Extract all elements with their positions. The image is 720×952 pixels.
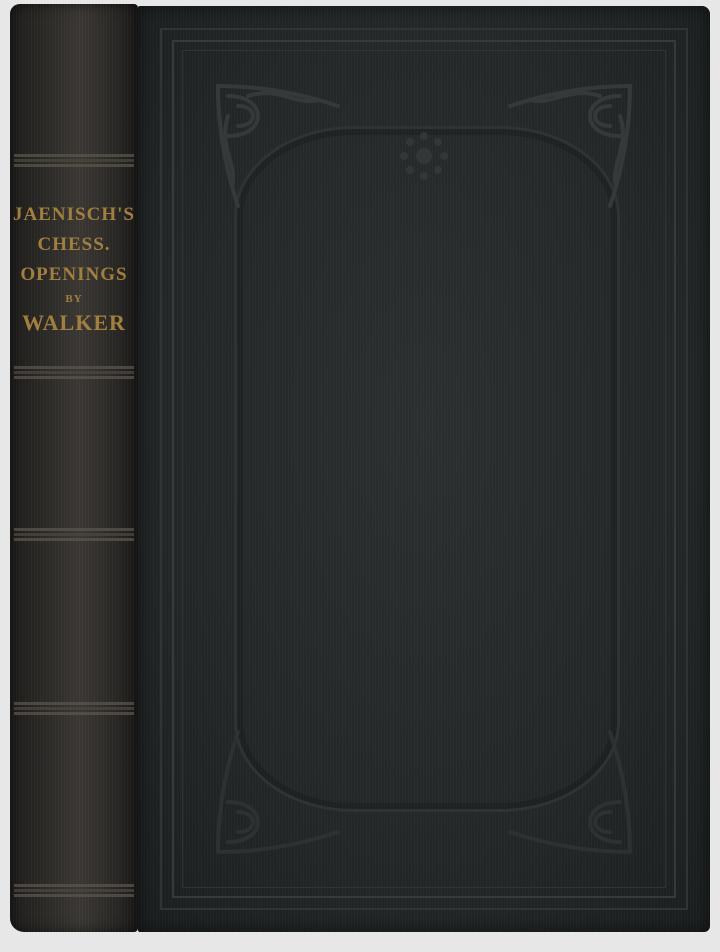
corner-ornament-icon [500,722,640,862]
rosette-ornament-icon [394,126,454,186]
spine-band [14,528,134,531]
book-spine: JAENISCH'S CHESS. OPENINGS BY WALKER [10,4,138,932]
spine-title-line: CHESS. [10,230,138,260]
spine-author: WALKER [10,308,138,338]
front-cover [138,6,710,932]
corner-ornament-icon [208,76,348,216]
spine-title-line: OPENINGS [10,260,138,290]
spine-band [14,884,134,887]
cover-cartouche [234,126,620,812]
corner-ornament-icon [500,76,640,216]
spine-title-line: JAENISCH'S [10,200,138,230]
spine-band [14,154,134,157]
spine-by: BY [10,290,138,308]
spine-band [14,702,134,705]
corner-ornament-icon [208,722,348,862]
spine-title: JAENISCH'S CHESS. OPENINGS BY WALKER [10,200,138,338]
spine-band [14,366,134,369]
